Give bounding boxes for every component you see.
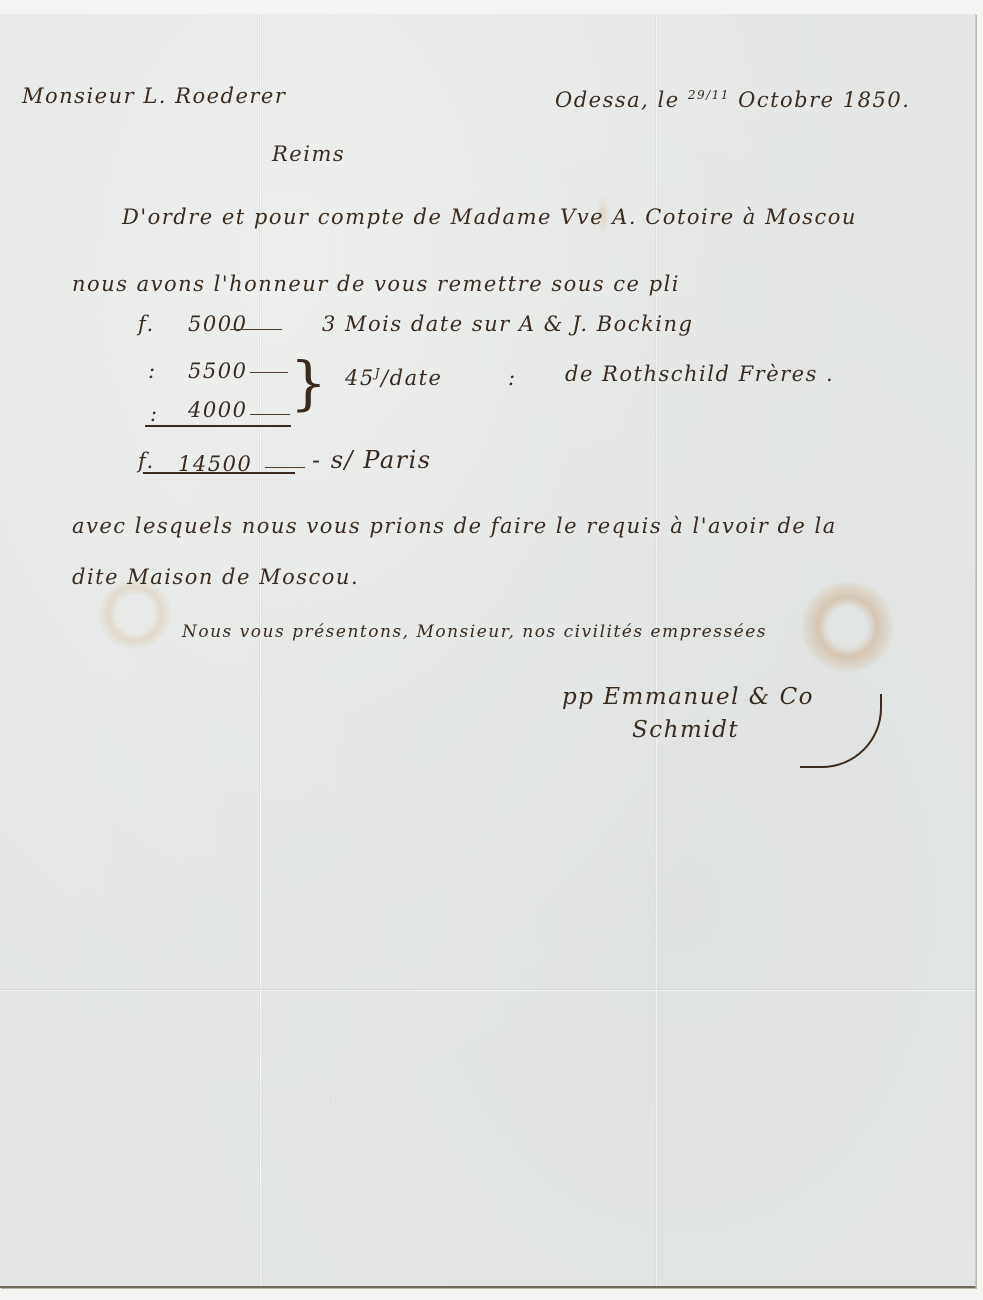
remittance-2-prefix: :	[148, 359, 157, 383]
remittance-2-dash	[250, 372, 288, 373]
place-reims: Reims	[272, 142, 345, 166]
signature-line-2: Schmidt	[632, 717, 739, 743]
remittance-3-prefix: :	[150, 402, 159, 426]
body-line-2: nous avons l'honneur de vous remettre so…	[72, 272, 680, 296]
drawee-rothschild: de Rothschild Frères .	[565, 362, 834, 386]
body-line-1: D'ordre et pour compte de Madame Vve A. …	[122, 205, 857, 229]
signature-flourish	[800, 694, 882, 768]
letter-sheet: Monsieur L. Roederer Reims Odessa, le 29…	[0, 14, 976, 1288]
remittance-1-dash	[230, 329, 282, 330]
addressee: Monsieur L. Roederer	[22, 84, 286, 108]
crease-line	[650, 552, 975, 554]
closing-line-1: avec lesquels nous vous prions de faire …	[72, 514, 837, 538]
total-underline	[143, 472, 295, 474]
postmark-stamp-left	[95, 579, 175, 649]
remittance-3-amount: 4000	[188, 398, 247, 422]
scan-background: Monsieur L. Roederer Reims Odessa, le 29…	[0, 0, 983, 1300]
total-place: - s/ Paris	[312, 446, 432, 474]
subtotal-rule	[145, 425, 291, 427]
dateline-month-year: Octobre 1850.	[738, 88, 910, 112]
closing-line-2: dite Maison de Moscou.	[72, 565, 359, 589]
brace-terms-date: /date	[381, 366, 442, 390]
remittance-1-terms: 3 Mois date sur A & J. Bocking	[322, 312, 693, 336]
dateline-city: Odessa, le	[555, 88, 680, 112]
remittance-1-prefix: f.	[138, 312, 155, 336]
remittance-1-amount: 5000	[188, 312, 247, 336]
remittance-brace: }	[290, 354, 327, 412]
brace-ditto: :	[508, 366, 517, 390]
total-dash	[265, 467, 305, 468]
signature-line-1: pp Emmanuel & Co	[562, 684, 814, 710]
brace-terms: 45J/date	[345, 366, 442, 390]
brace-terms-number: 45	[345, 366, 375, 390]
postmark-stamp-right	[800, 582, 895, 672]
remittance-3-dash	[250, 414, 290, 415]
remittance-2-amount: 5500	[188, 359, 247, 383]
closing-line-3: Nous vous présentons, Monsieur, nos civi…	[182, 622, 767, 642]
total-prefix: f.	[138, 449, 155, 473]
horizontal-fold	[0, 989, 975, 992]
dateline-day: 29/11	[688, 88, 730, 102]
dateline: Odessa, le 29/11 Octobre 1850.	[555, 88, 910, 112]
